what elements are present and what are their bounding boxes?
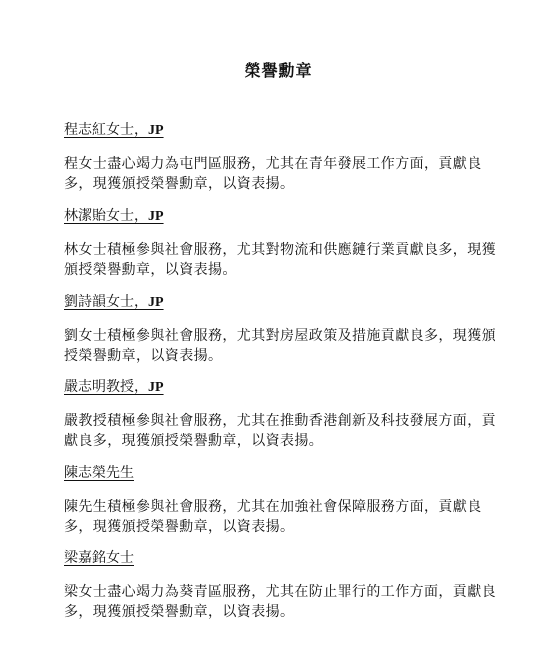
honoree-entry: 劉詩韻女士，JP 劉女士積極參與社會服務，尤其對房屋政策及措施貢獻良多，現獲頒授… [64, 291, 500, 366]
honoree-name: 林潔貽女士，JP [64, 207, 164, 226]
honoree-entry: 嚴志明教授，JP 嚴教授積極參與社會服務，尤其在推動香港創新及科技發展方面，貢獻… [64, 376, 500, 451]
honoree-entry: 陳志榮先生 陳先生積極參與社會服務，尤其在加強社會保障服務方面，貢獻良多，現獲頒… [64, 462, 500, 537]
citation: 梁女士盡心竭力為葵青區服務，尤其在防止罪行的工作方面，貢獻良多，現獲頒授榮譽勳章… [64, 582, 500, 622]
post-nominal: JP [148, 295, 164, 310]
name-text: 程志紅女士， [64, 122, 148, 138]
honoree-entry: 林潔貽女士，JP 林女士積極參與社會服務，尤其對物流和供應鏈行業貢獻良多，現獲頒… [64, 205, 500, 280]
honoree-name: 梁嘉銘女士 [64, 549, 134, 568]
honoree-name: 陳志榮先生 [64, 464, 134, 483]
honoree-entry: 梁嘉銘女士 梁女士盡心竭力為葵青區服務，尤其在防止罪行的工作方面，貢獻良多，現獲… [64, 547, 500, 622]
honoree-name: 劉詩韻女士，JP [64, 293, 164, 312]
name-text: 嚴志明教授， [64, 379, 148, 395]
citation: 嚴教授積極參與社會服務，尤其在推動香港創新及科技發展方面，貢獻良多，現獲頒授榮譽… [64, 411, 500, 451]
name-text: 劉詩韻女士， [64, 294, 148, 310]
citation: 程女士盡心竭力為屯門區服務，尤其在青年發展工作方面，貢獻良多，現獲頒授榮譽勳章，… [64, 154, 500, 194]
name-text: 陳志榮先生 [64, 465, 134, 481]
name-text: 林潔貽女士， [64, 208, 148, 224]
post-nominal: JP [148, 123, 164, 138]
name-text: 梁嘉銘女士 [64, 550, 134, 566]
citation: 陳先生積極參與社會服務，尤其在加強社會保障服務方面，貢獻良多，現獲頒授榮譽勳章，… [64, 497, 500, 537]
post-nominal: JP [148, 209, 164, 224]
honoree-name: 程志紅女士，JP [64, 121, 164, 140]
citation: 林女士積極參與社會服務，尤其對物流和供應鏈行業貢獻良多，現獲頒授榮譽勳章，以資表… [64, 240, 500, 280]
honoree-name: 嚴志明教授，JP [64, 378, 164, 397]
citation: 劉女士積極參與社會服務，尤其對房屋政策及措施貢獻良多，現獲頒授榮譽勳章，以資表揚… [64, 326, 500, 366]
document-title: 榮譽勳章 [0, 58, 557, 81]
honoree-entry: 程志紅女士，JP 程女士盡心竭力為屯門區服務，尤其在青年發展工作方面，貢獻良多，… [64, 119, 500, 194]
post-nominal: JP [148, 380, 164, 395]
